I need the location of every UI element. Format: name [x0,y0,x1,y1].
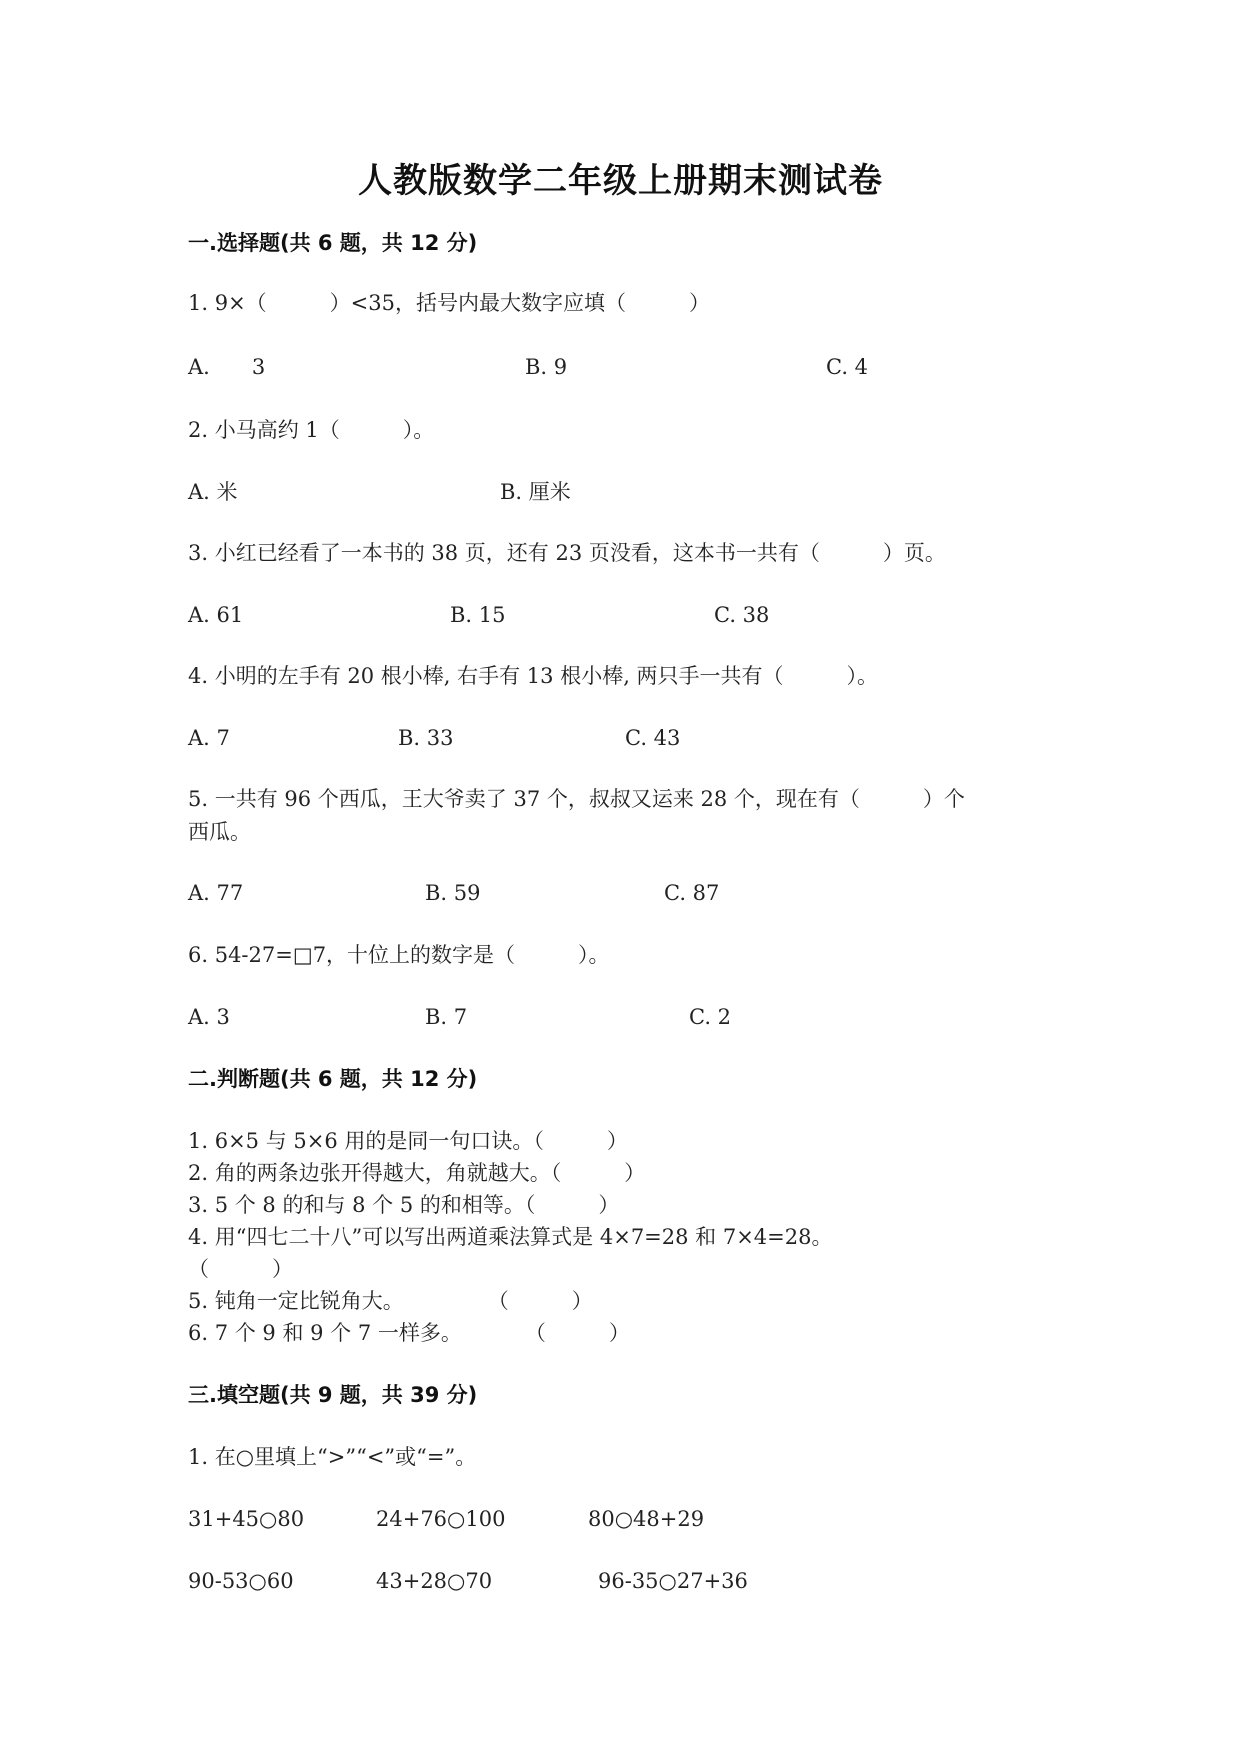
option-c: C. 38 [714,600,769,630]
section-heading-fill-blank: 三.填空题(共 9 题，共 39 分) [188,1380,477,1410]
option-c: C. 43 [625,723,680,753]
question-text: 2. 角的两条边张开得越大，角就越大。（ ） [188,1158,645,1188]
question-text: 1. 6×5 与 5×6 用的是同一句口诀。（ ） [188,1126,628,1156]
comparison-item: 90-53○60 [188,1566,294,1596]
question-text: 4. 用“四七二十八”可以写出两道乘法算式是 4×7=28 和 7×4=28。 [188,1222,832,1252]
comparison-item: 24+76○100 [376,1504,505,1534]
option-a: A. 米 [188,477,238,507]
section-heading-choice: 一.选择题(共 6 题，共 12 分) [188,228,477,258]
option-a: A. 3 [188,352,265,382]
question-text: 3. 5 个 8 的和与 8 个 5 的和相等。（ ） [188,1190,619,1220]
option-a: A. 77 [188,878,243,908]
section-heading-true-false: 二.判断题(共 6 题，共 12 分) [188,1064,477,1094]
exam-page: 人教版数学二年级上册期末测试卷 一.选择题(共 6 题，共 12 分) 1. 9… [0,0,1241,1755]
question-text: 3. 小红已经看了一本书的 38 页，还有 23 页没看，这本书一共有（ ）页。 [188,538,946,568]
option-a: A. 7 [188,723,230,753]
option-b: B. 厘米 [500,477,571,507]
comparison-item: 80○48+29 [588,1504,704,1534]
question-text: 6. 7 个 9 和 9 个 7 一样多。 （ ） [188,1318,630,1348]
question-text-continued: 西瓜。 [188,817,251,847]
comparison-item: 43+28○70 [376,1566,492,1596]
option-b: B. 15 [450,600,506,630]
question-text: 1. 9×（ ）<35，括号内最大数字应填（ ） [188,288,710,318]
question-text: 1. 在○里填上“>”“<”或“=”。 [188,1442,476,1472]
option-b: B. 33 [398,723,454,753]
option-c: C. 4 [826,352,868,382]
comparison-item: 31+45○80 [188,1504,304,1534]
option-a: A. 3 [188,1002,230,1032]
question-text-continued: （ ） [188,1254,293,1284]
question-text: 6. 54-27=□7，十位上的数字是（ ）。 [188,940,610,970]
question-text: 5. 一共有 96 个西瓜，王大爷卖了 37 个，叔叔又运来 28 个，现在有（… [188,784,965,814]
option-b: B. 59 [425,878,481,908]
page-title: 人教版数学二年级上册期末测试卷 [0,153,1241,202]
question-text: 2. 小马高约 1（ ）。 [188,415,434,445]
option-c: C. 2 [689,1002,731,1032]
option-b: B. 9 [525,352,567,382]
option-a: A. 61 [188,600,243,630]
comparison-item: 96-35○27+36 [598,1566,748,1596]
question-text: 4. 小明的左手有 20 根小棒, 右手有 13 根小棒, 两只手一共有（ ）。 [188,661,878,691]
question-text: 5. 钝角一定比锐角大。 （ ） [188,1286,593,1316]
option-c: C. 87 [664,878,719,908]
option-b: B. 7 [425,1002,467,1032]
